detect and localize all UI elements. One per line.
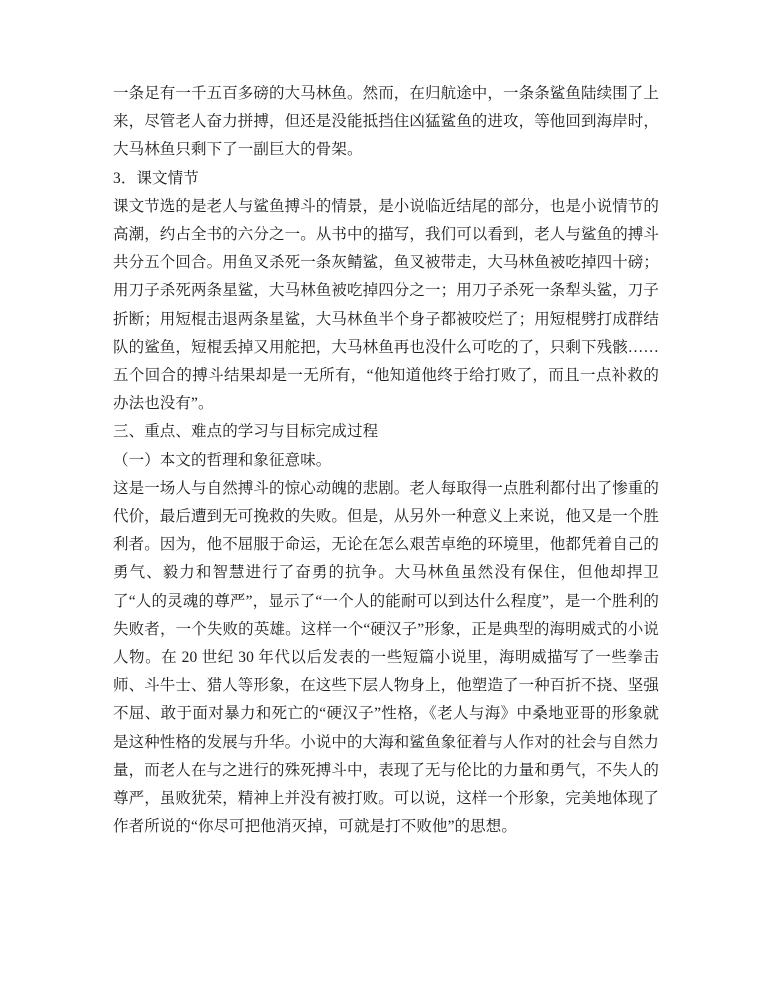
paragraph-body-continuation: 一条足有一千五百多磅的大马林鱼。然而，在归航途中，一条条鲨鱼陆续围了上来，尽管老… <box>113 80 659 165</box>
paragraph-heading-section-three: 三、重点、难点的学习与目标完成过程 <box>113 418 659 446</box>
paragraph-body-analysis: 这是一场人与自然搏斗的惊心动魄的悲剧。老人每取得一点胜利都付出了惨重的代价，最后… <box>113 475 659 842</box>
paragraph-body-plot-summary: 课文节选的是老人与鲨鱼搏斗的情景，是小说临近结尾的部分，也是小说情节的高潮，约占… <box>113 193 659 419</box>
document-text-column: 一条足有一千五百多磅的大马林鱼。然而，在归航途中，一条条鲨鱼陆续围了上来，尽管老… <box>113 80 659 841</box>
paragraph-subheading-philosophy: （一）本文的哲理和象征意味。 <box>113 447 659 475</box>
document-page: 一条足有一千五百多磅的大马林鱼。然而，在归航途中，一条条鲨鱼陆续围了上来，尽管老… <box>0 0 770 1000</box>
paragraph-heading-lesson-plot: 3．课文情节 <box>113 165 659 193</box>
